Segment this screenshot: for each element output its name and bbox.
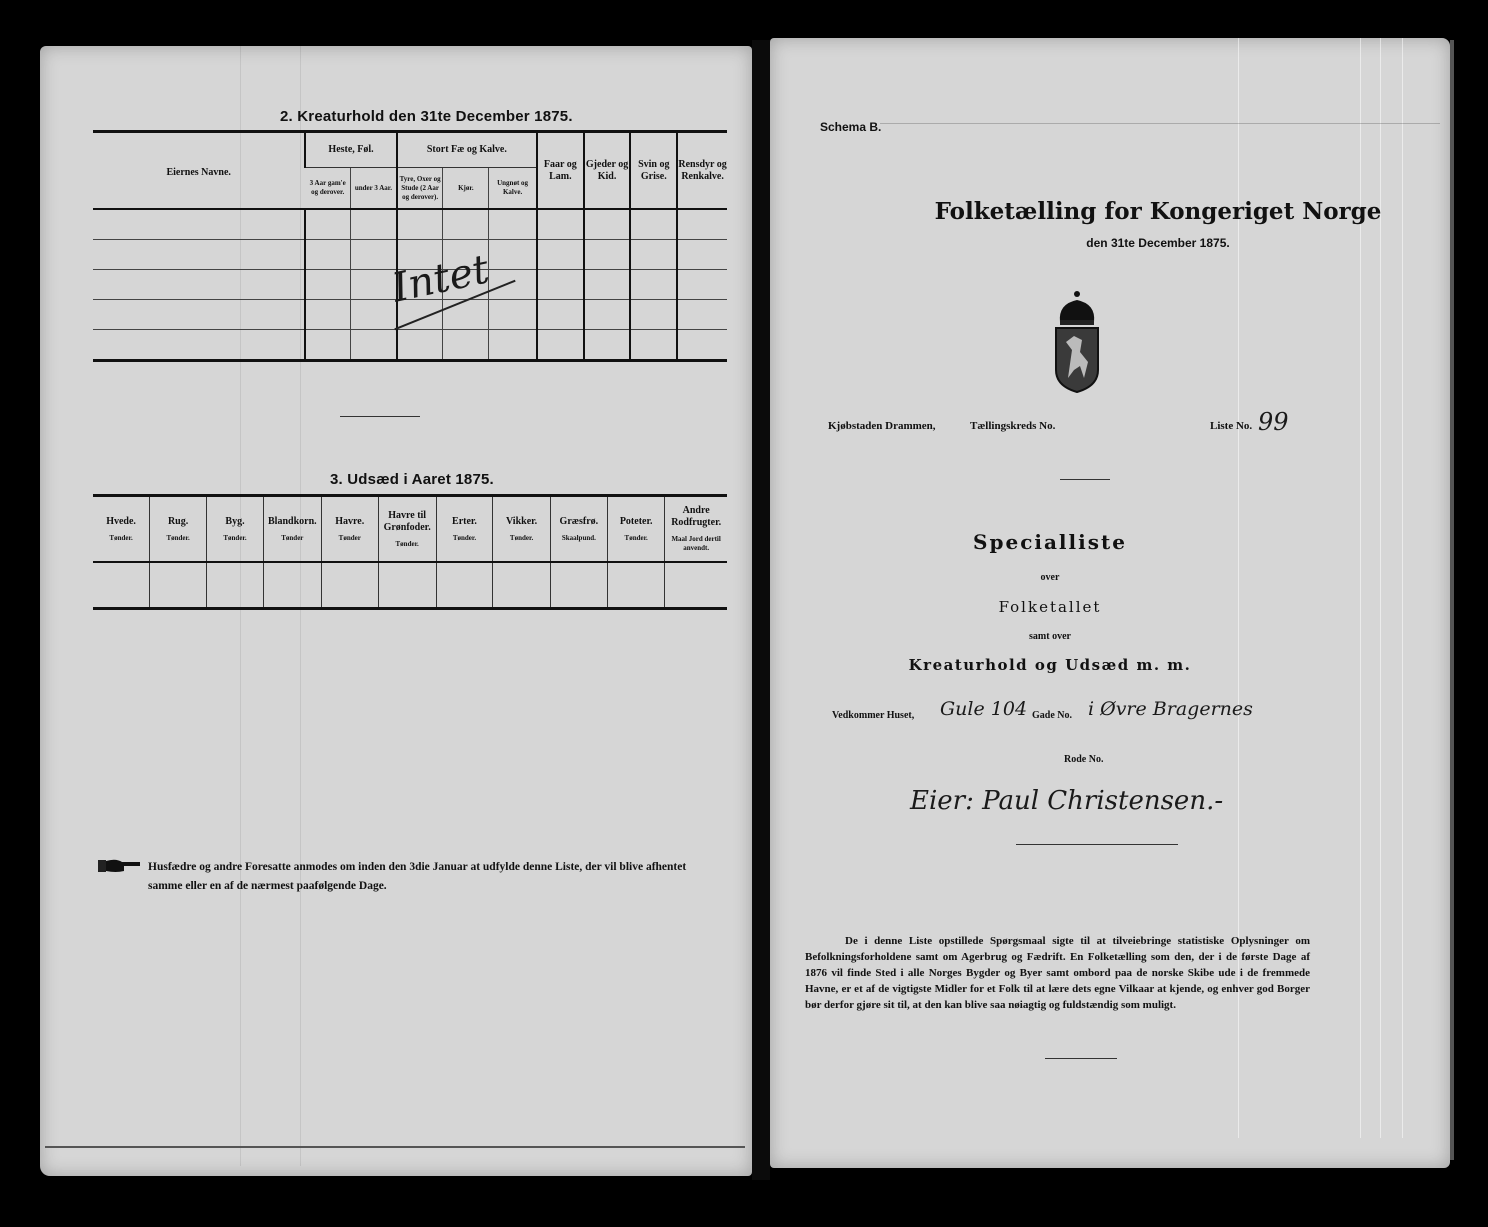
divider — [1060, 479, 1110, 480]
seed-col-unit: Tønder. — [437, 534, 493, 543]
district-label: Tællingskreds No. — [970, 420, 1055, 432]
seed-col-unit: Tønder. — [493, 534, 549, 543]
street-label: Gade No. — [1032, 710, 1072, 721]
col-cattle-group: Stort Fæ og Kalve. — [397, 132, 537, 168]
page-bottom-edge — [45, 1146, 745, 1148]
schema-label: Schema B. — [820, 120, 881, 134]
seed-cell — [321, 562, 378, 609]
subheading: Kreaturhold og Udsæd m. m. — [710, 656, 1390, 674]
seed-table: Hvede.Tønder.Rug.Tønder.Byg.Tønder.Bland… — [93, 494, 727, 610]
seed-section-title: 3. Udsæd i Aaret 1875. — [330, 471, 494, 488]
right-page: Schema B. Folketælling for Kongeriget No… — [770, 38, 1450, 1168]
divider — [1045, 1058, 1117, 1059]
seed-cell — [150, 562, 207, 609]
seed-cell — [263, 562, 321, 609]
bleed-through-rule — [880, 123, 1440, 124]
seed-col-header: Hvede.Tønder. — [93, 496, 150, 563]
seed-col-header: Havre til Grønfoder.Tønder. — [378, 496, 436, 563]
seed-col-header: Byg.Tønder. — [207, 496, 264, 563]
table-row — [93, 209, 727, 240]
col-horses-group: Heste, Føl. — [305, 132, 396, 168]
seed-col-header: Vikker.Tønder. — [493, 496, 550, 563]
divider — [1016, 844, 1178, 845]
seed-cell — [608, 562, 665, 609]
col-owner-names: Eiernes Navne. — [93, 132, 305, 210]
seed-col-header: Græsfrø.Skaalpund. — [550, 496, 607, 563]
seed-col-unit: Tønder. — [207, 534, 263, 543]
livestock-table: Eiernes Navne. Heste, Føl. Stort Fæ og K… — [93, 130, 727, 362]
document-date: den 31te December 1875. — [898, 236, 1418, 250]
table-row — [93, 330, 727, 361]
over-text: over — [710, 572, 1390, 583]
seed-cell — [436, 562, 493, 609]
seed-col-unit: Tønder. — [150, 534, 206, 543]
seed-col-name: Byg. — [207, 516, 263, 528]
house-value: Gule 104 — [940, 698, 1027, 720]
list-number-label: Liste No. — [1210, 420, 1252, 432]
seed-col-name: Andre Rodfrugter. — [665, 505, 727, 529]
seed-col-name: Græsfrø. — [551, 516, 607, 528]
town-label: Kjøbstaden Drammen, — [828, 420, 936, 432]
seed-cell — [550, 562, 607, 609]
col-horses-under3: under 3 Aar. — [351, 168, 397, 210]
specialliste-heading: Specialliste — [710, 530, 1390, 554]
street-value: i Øvre Bragernes — [1088, 698, 1253, 720]
seed-cell — [93, 562, 150, 609]
seed-col-unit: Tønder — [322, 534, 378, 543]
seed-col-name: Poteter. — [608, 516, 664, 528]
col-cattle-young: Ungnøt og Kalve. — [489, 168, 537, 210]
col-pigs: Svin og Grise. — [630, 132, 677, 210]
divider — [340, 416, 420, 417]
table-row — [93, 562, 727, 609]
rode-label: Rode No. — [1064, 754, 1103, 765]
col-cattle-bulls: Tyre, Oxer og Stude (2 Aar og derover). — [397, 168, 443, 210]
seed-col-unit: Tønder. — [608, 534, 664, 543]
seed-col-name: Rug. — [150, 516, 206, 528]
seed-col-header: Poteter.Tønder. — [608, 496, 665, 563]
left-page: 2. Kreaturhold den 31te December 1875. E… — [40, 46, 752, 1176]
list-number-value: 99 — [1258, 408, 1289, 436]
folketallet-text: Folketallet — [710, 598, 1390, 616]
col-sheep: Faar og Lam. — [537, 132, 584, 210]
pointing-hand-icon — [98, 858, 142, 874]
seed-col-name: Havre. — [322, 516, 378, 528]
explanatory-paragraph: De i denne Liste opstillede Spørgsmaal s… — [805, 933, 1310, 1013]
house-label: Vedkommer Huset, — [832, 710, 914, 721]
seed-col-header: Erter.Tønder. — [436, 496, 493, 563]
norwegian-coat-of-arms-icon — [1052, 290, 1102, 394]
seed-col-name: Vikker. — [493, 516, 549, 528]
seed-col-unit: Tønder. — [379, 540, 436, 549]
seed-col-name: Havre til Grønfoder. — [379, 510, 436, 534]
col-goats: Gjeder og Kid. — [584, 132, 631, 210]
seed-col-header: Havre.Tønder — [321, 496, 378, 563]
seed-col-name: Blandkorn. — [264, 516, 321, 528]
livestock-section-title: 2. Kreaturhold den 31te December 1875. — [280, 108, 573, 125]
seed-col-name: Erter. — [437, 516, 493, 528]
seed-col-unit: Tønder — [264, 534, 321, 543]
seed-col-header: Rug.Tønder. — [150, 496, 207, 563]
seed-col-unit: Skaalpund. — [551, 534, 607, 543]
col-reindeer: Rensdyr og Renkalve. — [677, 132, 727, 210]
document-title: Folketælling for Kongeriget Norge — [898, 198, 1418, 225]
seed-cell — [378, 562, 436, 609]
col-horses-3plus: 3 Aar gam'e og derover. — [305, 168, 350, 210]
owner-line: Eier: Paul Christensen.- — [910, 786, 1223, 816]
seed-cell — [207, 562, 264, 609]
seed-cell — [493, 562, 550, 609]
samt-over-text: samt over — [710, 631, 1390, 642]
notice-text: Husfædre og andre Foresatte anmodes om i… — [148, 858, 718, 896]
seed-col-name: Hvede. — [93, 516, 149, 528]
seed-col-header: Blandkorn.Tønder — [263, 496, 321, 563]
col-cattle-cows: Kjør. — [443, 168, 489, 210]
seed-col-unit: Tønder. — [93, 534, 149, 543]
page-edge — [1450, 40, 1454, 1160]
